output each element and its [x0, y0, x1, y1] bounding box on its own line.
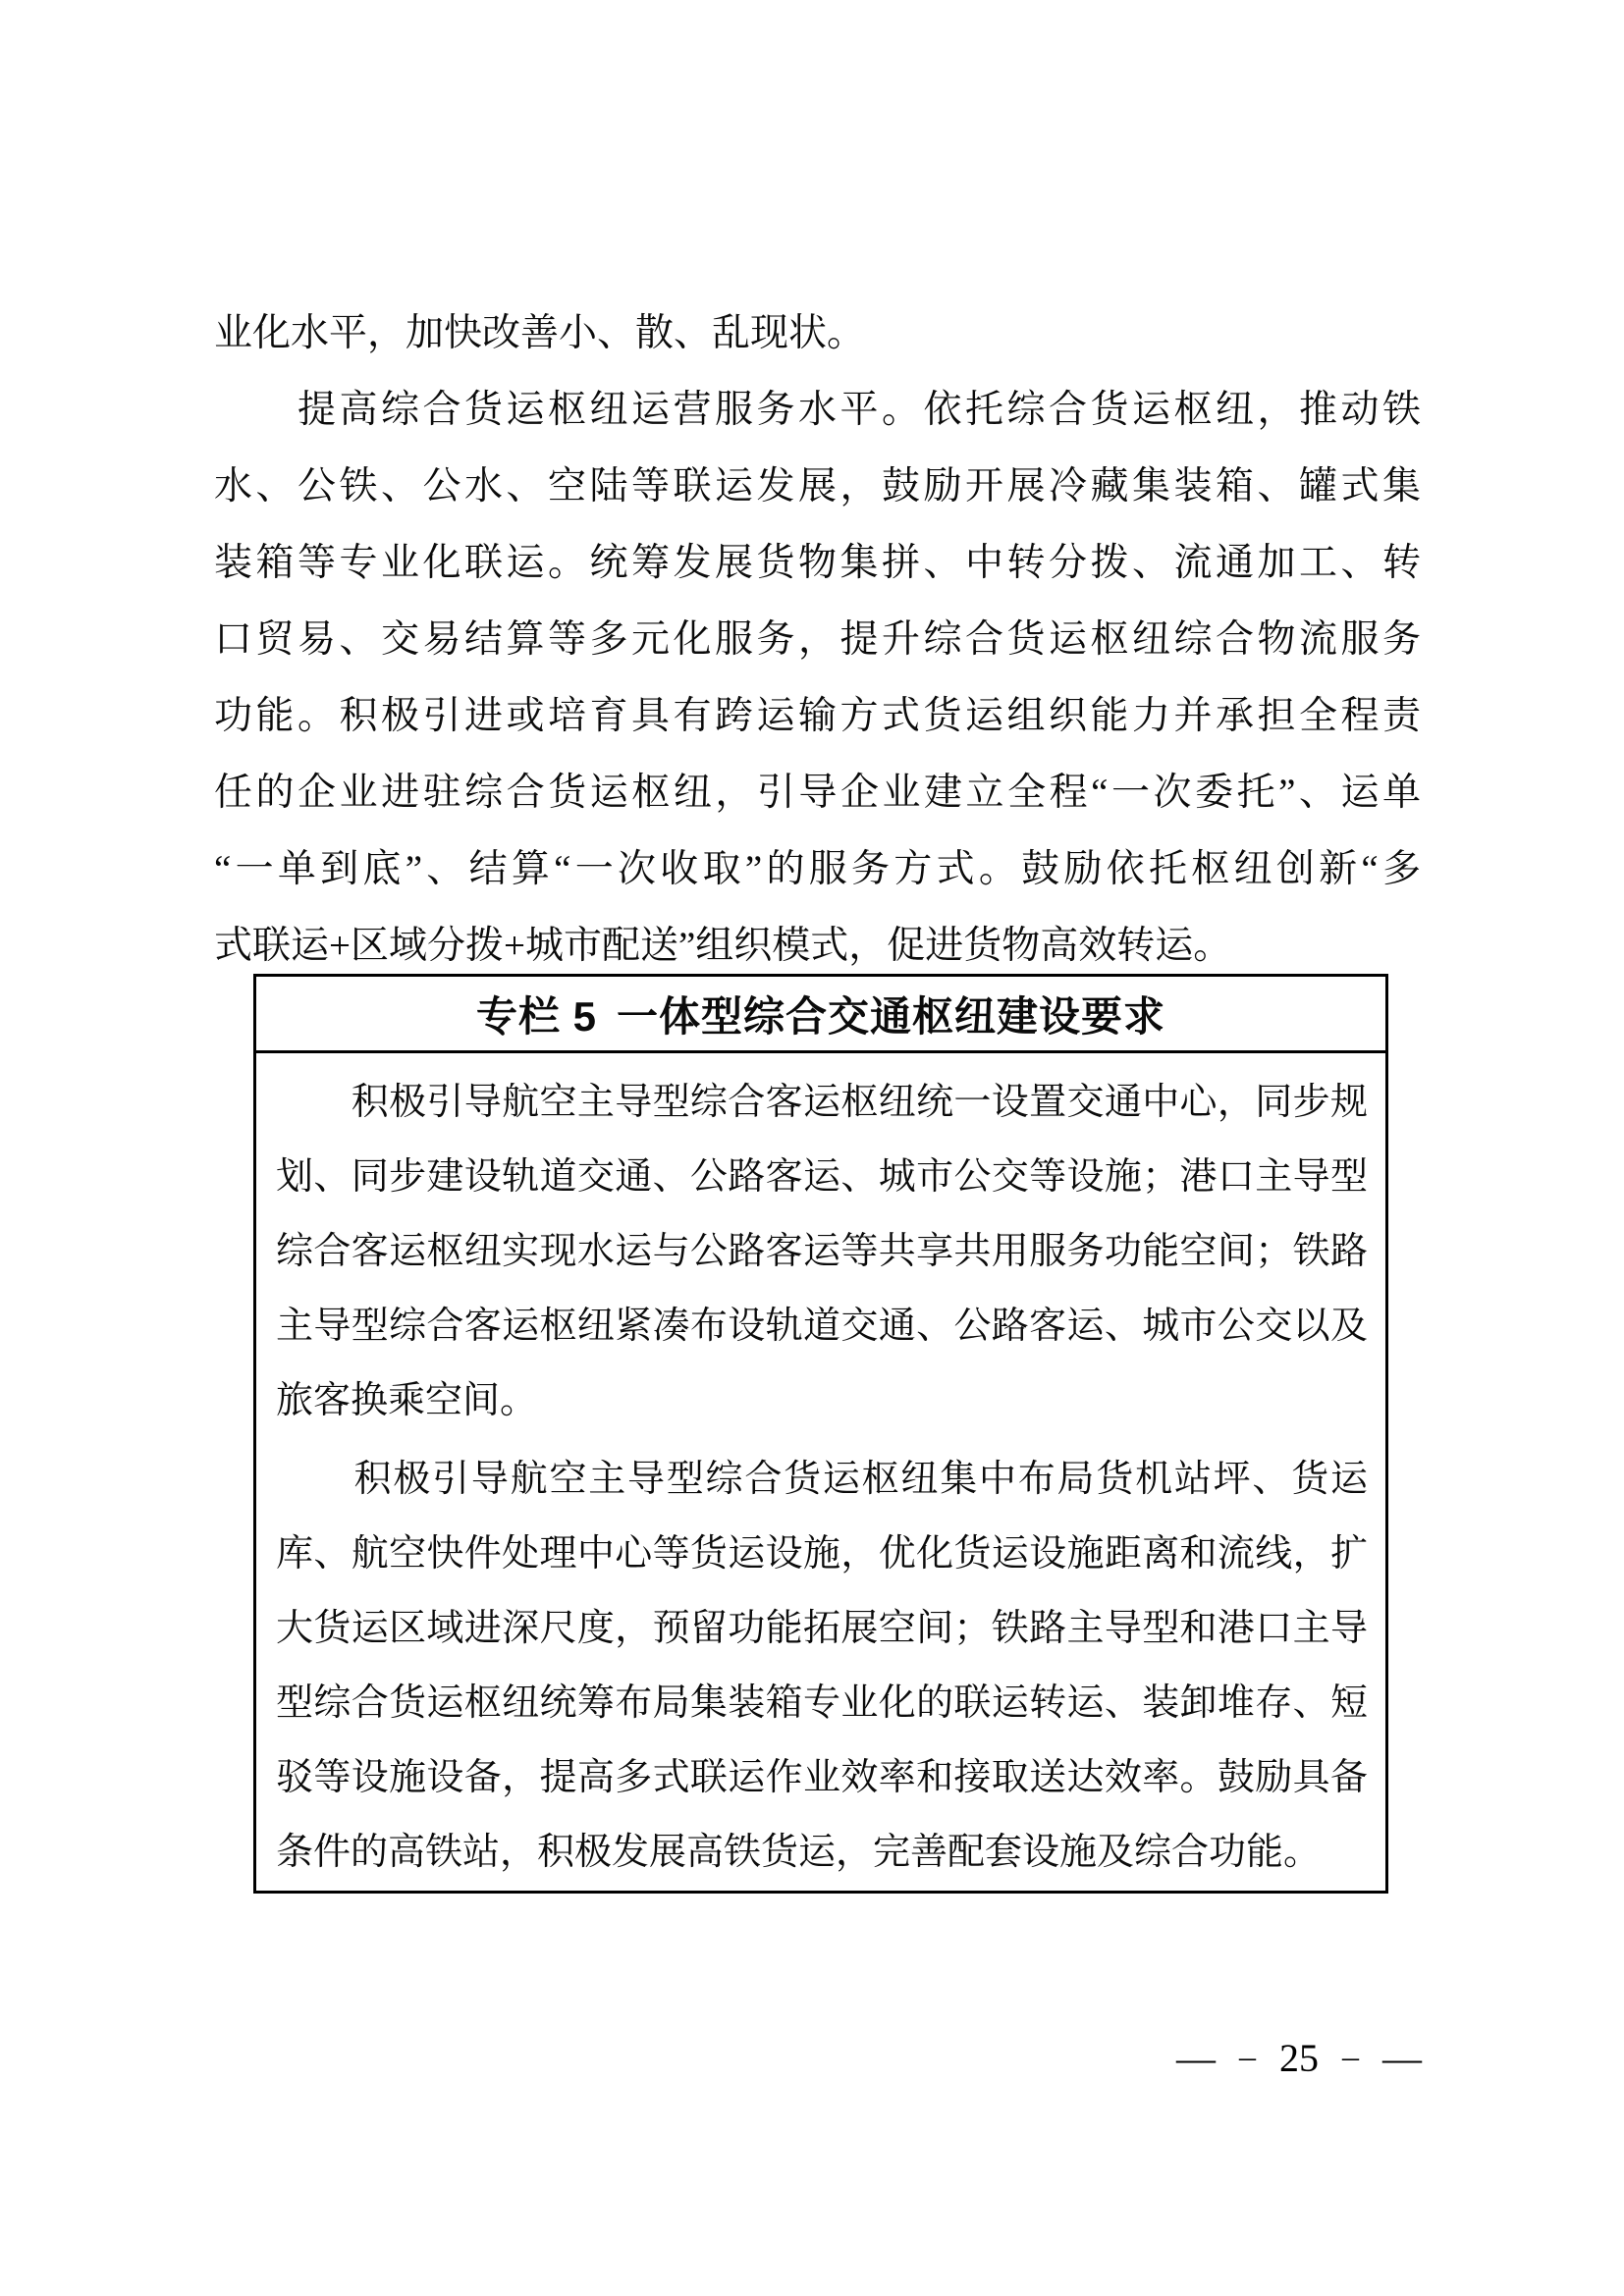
- main-body-text: 业化水平，加快改善小、散、乱现状。 提高综合货运枢纽运营服务水平。依托综合货运枢…: [214, 295, 1421, 985]
- footer-dash-right-short: –: [1342, 2039, 1359, 2076]
- text-line: “一单到底”、结算“一次收取”的服务方式。鼓励依托枢纽创新“多: [214, 831, 1421, 908]
- text-line: 功能。积极引进或培育具有跨运输方式货运组织能力并承担全程责: [214, 678, 1421, 755]
- text-line: 划、同步建设轨道交通、公路客运、城市公交等设施；港口主导型: [276, 1140, 1368, 1214]
- footer-dash-left-short: –: [1239, 2039, 1256, 2076]
- document-page: 业化水平，加快改善小、散、乱现状。 提高综合货运枢纽运营服务水平。依托综合货运枢…: [0, 0, 1624, 2296]
- callout-box-title: 专栏 5 一体型综合交通枢纽建设要求: [256, 977, 1385, 1053]
- text-line: 综合客运枢纽实现水运与公路客运等共享共用服务功能空间；铁路: [276, 1214, 1368, 1289]
- text-line: 提高综合货运枢纽运营服务水平。依托综合货运枢纽，推动铁: [214, 372, 1421, 449]
- text-line: 驳等设施设备，提高多式联运作业效率和接取送达效率。鼓励具备: [276, 1740, 1368, 1815]
- callout-box: 专栏 5 一体型综合交通枢纽建设要求 积极引导航空主导型综合客运枢纽统一设置交通…: [253, 974, 1388, 1894]
- page-number: 25: [1279, 2035, 1319, 2081]
- text-line: 任的企业进驻综合货运枢纽，引导企业建立全程“一次委托”、运单: [214, 755, 1421, 831]
- text-line: 条件的高铁站，积极发展高铁货运，完善配套设施及综合功能。: [276, 1815, 1368, 1890]
- text-line: 积极引导航空主导型综合货运枢纽集中布局货机站坪、货运: [276, 1442, 1368, 1517]
- callout-paragraph-2: 积极引导航空主导型综合货运枢纽集中布局货机站坪、货运库、航空快件处理中心等货运设…: [276, 1442, 1368, 1890]
- text-line: 库、航空快件处理中心等货运设施，优化货运设施距离和流线，扩: [276, 1517, 1368, 1591]
- text-line: 口贸易、交易结算等多元化服务，提升综合货运枢纽综合物流服务: [214, 602, 1421, 678]
- text-line: 主导型综合客运枢纽紧凑布设轨道交通、公路客运、城市公交以及: [276, 1289, 1368, 1363]
- text-line: 旅客换乘空间。: [276, 1363, 1368, 1438]
- text-line: 型综合货运枢纽统筹布局集装箱专业化的联运转运、装卸堆存、短: [276, 1666, 1368, 1740]
- text-line: 水、公铁、公水、空陆等联运发展，鼓励开展冷藏集装箱、罐式集: [214, 449, 1421, 525]
- callout-box-title-prefix: 专栏 5: [476, 985, 597, 1043]
- callout-paragraph-1: 积极引导航空主导型综合客运枢纽统一设置交通中心，同步规划、同步建设轨道交通、公路…: [276, 1065, 1368, 1438]
- footer-dash-left-long: —: [1176, 2035, 1216, 2081]
- page-footer: — – 25 – —: [1176, 2034, 1422, 2081]
- callout-box-title-text: 一体型综合交通枢纽建设要求: [617, 985, 1165, 1043]
- text-line: 业化水平，加快改善小、散、乱现状。: [214, 295, 1421, 372]
- text-line: 装箱等专业化联运。统筹发展货物集拼、中转分拨、流通加工、转: [214, 525, 1421, 602]
- callout-box-body: 积极引导航空主导型综合客运枢纽统一设置交通中心，同步规划、同步建设轨道交通、公路…: [256, 1053, 1385, 1890]
- text-line: 积极引导航空主导型综合客运枢纽统一设置交通中心，同步规: [276, 1065, 1368, 1140]
- footer-dash-right-long: —: [1382, 2035, 1422, 2081]
- text-line: 大货运区域进深尺度，预留功能拓展空间；铁路主导型和港口主导: [276, 1591, 1368, 1666]
